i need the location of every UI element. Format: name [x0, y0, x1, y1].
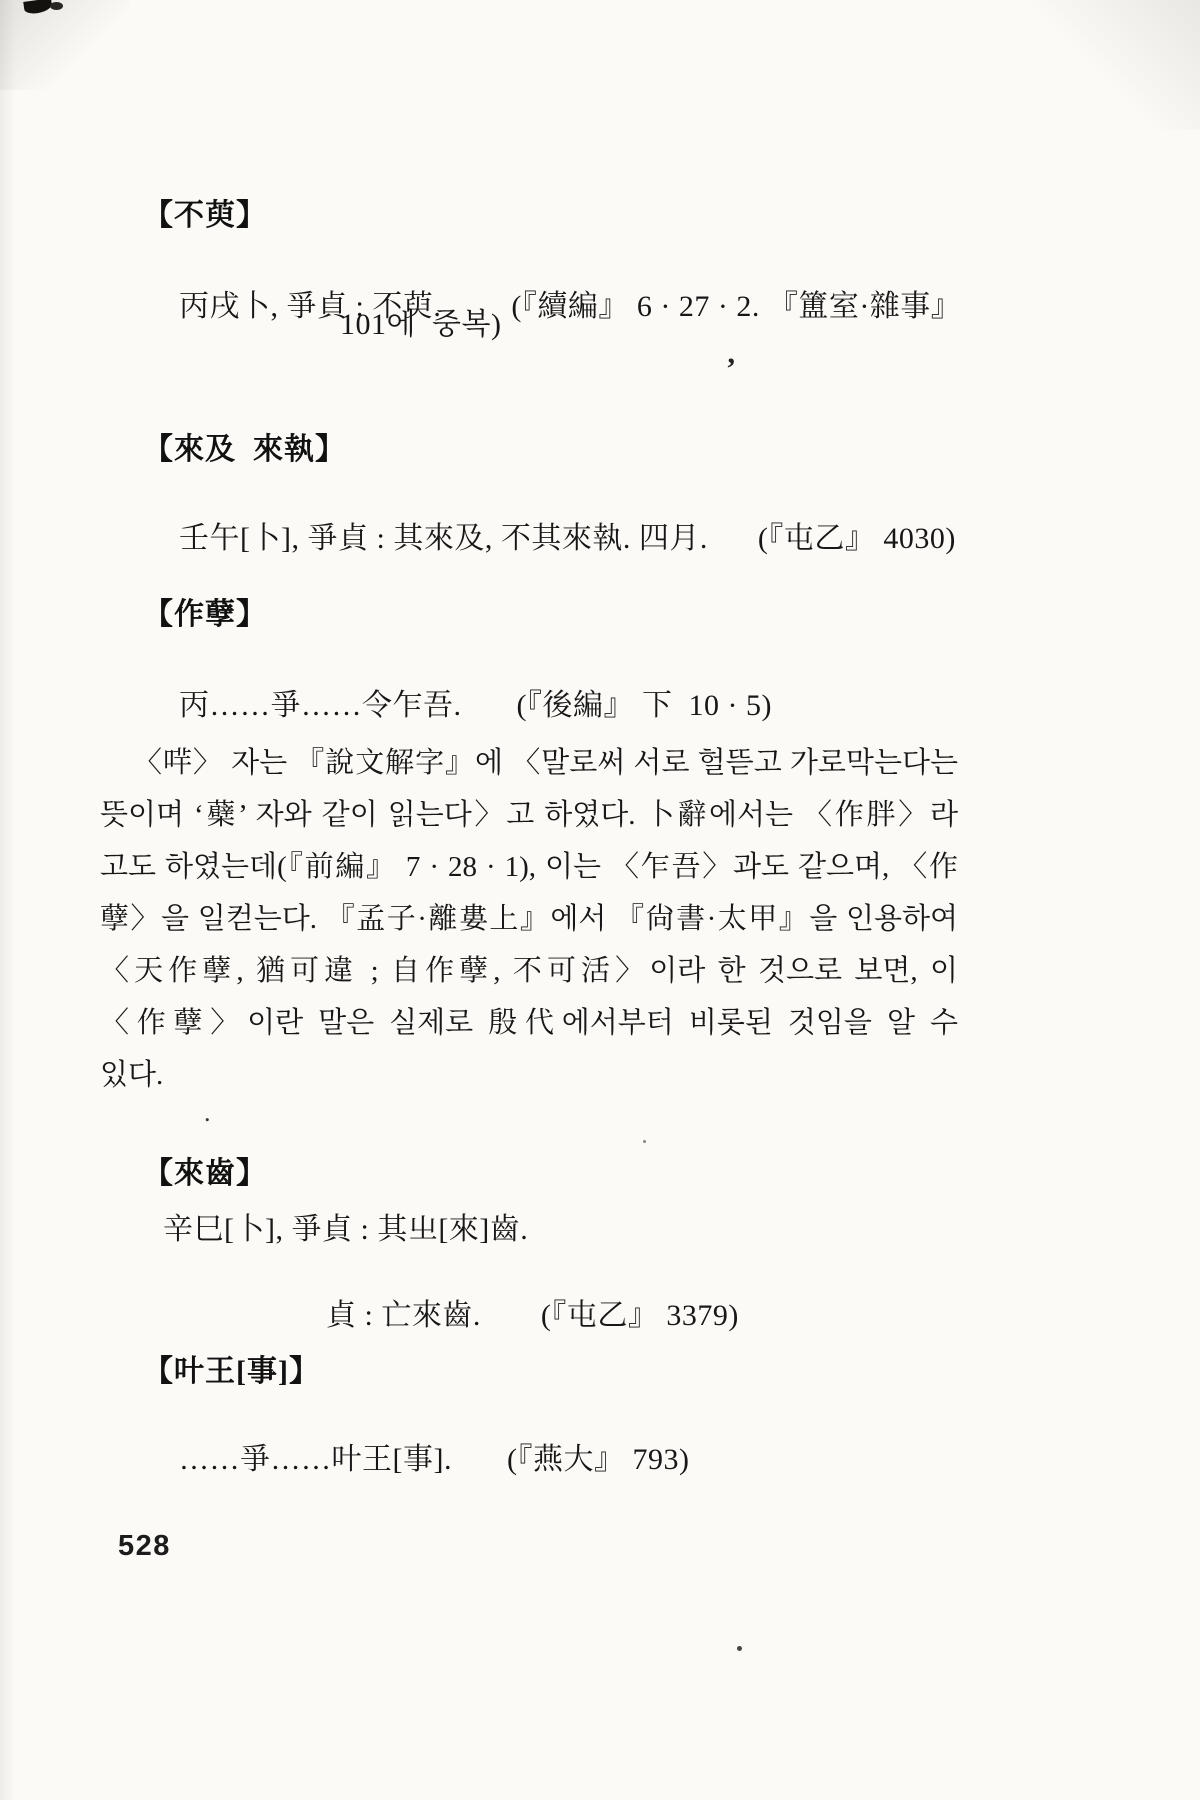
- paragraph-line: 〈作孽〉이란 말은 실제로 殷代에서부터 비롯된 것임을 알 수: [100, 1000, 958, 1041]
- oracle-text: 貞 : 亡來齒.: [326, 1299, 481, 1332]
- oracle-line: 貞 : 亡來齒.(『屯乙』 3379): [310, 1256, 739, 1334]
- scan-left-edge-shadow: [0, 0, 16, 1800]
- oracle-line: 丙……爭……令乍吾.(『後編』 下 10 · 5): [163, 646, 772, 724]
- ink-smudge-small: [50, 2, 63, 10]
- paragraph-line: 있다.: [100, 1052, 958, 1093]
- section-heading-zuo-nie: 【作孽】: [143, 589, 267, 633]
- oracle-line: ……爭……叶王[事].(『燕大』 793): [163, 1400, 689, 1478]
- oracle-text: 壬午[卜], 爭貞 : 其來及, 不其來執. 四月.: [179, 522, 708, 555]
- paragraph-line: 孽〉을 일컫는다. 『孟子·離婁上』에서 『尙書·太甲』을 인용하여: [100, 896, 958, 937]
- citation: (『燕大』 793): [507, 1434, 689, 1478]
- citation: (『續編』 6 · 27 · 2. 『簠室·雜事』: [511, 281, 961, 325]
- ink-speck-dot: [737, 1646, 742, 1651]
- paragraph-line: 〈天作孽, 猶可違 ; 自作孽, 不可活〉이라 한 것으로 보면, 이: [100, 948, 958, 989]
- section-heading-lai-chi: 【來齒】: [143, 1148, 267, 1192]
- citation: (『後編』 下 10 · 5): [517, 680, 772, 724]
- section-heading-lai-ji: 【來及 來執】: [143, 424, 346, 468]
- page-number: 528: [118, 1530, 171, 1563]
- ink-speck: .: [204, 1098, 211, 1128]
- scan-top-left-shadow: [0, 0, 130, 90]
- scanned-book-page: { "sections": [ { "heading": "【不萸】", "bo…: [0, 0, 1200, 1800]
- paragraph-line: 〈哶〉 자는 『說文解字』에 〈말로써 서로 헐뜯고 가로막는다는: [133, 740, 958, 781]
- citation: (『屯乙』 3379): [541, 1290, 739, 1334]
- citation-continued: 101에 중복): [340, 299, 501, 343]
- oracle-text: 丙……爭……令乍吾.: [179, 689, 462, 722]
- paragraph-line: 뜻이며 ‘蘗’ 자와 같이 읽는다〉고 하였다. 卜辭에서는 〈作胖〉라: [100, 792, 958, 833]
- oracle-line: 辛巳[卜], 爭貞 : 其㞢[來]齒.: [163, 1204, 528, 1248]
- oracle-line: 壬午[卜], 爭貞 : 其來及, 不其來執. 四月.(『屯乙』 4030): [163, 479, 956, 557]
- scan-top-right-shadow: [1030, 0, 1200, 130]
- citation: (『屯乙』 4030): [758, 513, 956, 557]
- ink-speck-dot: [643, 1140, 646, 1143]
- oracle-text: ……爭……叶王[事].: [179, 1443, 452, 1476]
- oracle-line: 丙戌卜, 爭貞 : 不萸.(『續編』 6 · 27 · 2. 『簠室·雜事』: [163, 247, 961, 325]
- section-heading-bu: 【不萸】: [143, 190, 267, 234]
- stray-apostrophe-mark: ’: [726, 352, 736, 386]
- section-heading-xie-wang-shi: 【叶王[事]】: [143, 1346, 320, 1390]
- paragraph-line: 고도 하였는데(『前編』 7 · 28 · 1), 이는 〈乍吾〉과도 같으며,…: [100, 844, 958, 885]
